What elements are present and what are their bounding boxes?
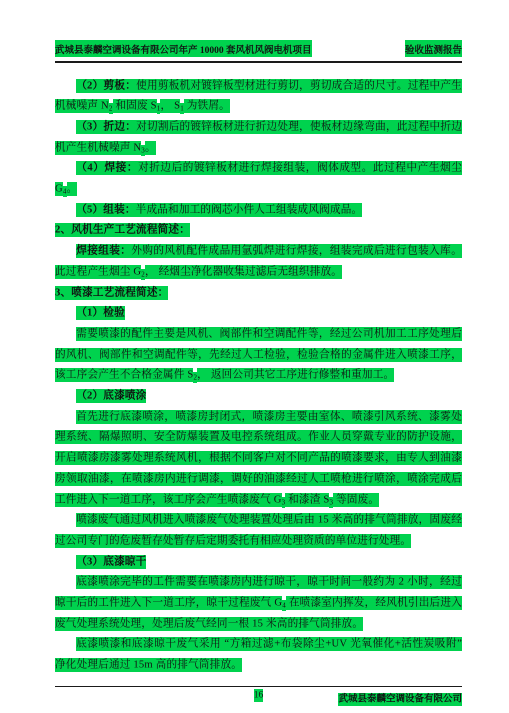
subsection-heading: （2）底漆喷涂 (55, 387, 462, 408)
body-paragraph: 底漆喷漆和底漆晾干废气采用 “方箱过滤+布袋除尘+UV 光氧催化+活性炭吸附” … (55, 635, 462, 676)
body-paragraph: （3）折边：对切割后的镀锌板材进行折边处理，使板材边缘弯曲，此过程中折边机产生机… (55, 117, 462, 158)
subsection-heading: （1）检验 (55, 304, 462, 325)
header-report-title: 验收监测报告 (405, 40, 462, 57)
report-page: 武城县泰麟空调设备有限公司年产 10000 套风机风阀电机项目 验收监测报告 （… (0, 0, 509, 713)
body-paragraph: （5）组装：半成品和加工的阀芯小件人工组装成风阀成品。 (55, 200, 462, 221)
section-heading: 2、风机生产工艺流程简述： (55, 221, 462, 242)
body-paragraph: （2）剪板：使用剪板机对镀锌板型材进行剪切，剪切成合适的尺寸。过程中产生机械噪声… (55, 76, 462, 117)
body-paragraph: 需要喷漆的配件主要是风机、阀部件和空调配件等，经过公司机加工工序处理后的风机、阀… (55, 324, 462, 386)
body-paragraph: 焊接组装：外购的风机配件成品用氩弧焊进行焊接，组装完成后进行包装入库。此过程产生… (55, 242, 462, 283)
document-body: （2）剪板：使用剪板机对镀锌板型材进行剪切，剪切成合适的尺寸。过程中产生机械噪声… (55, 76, 462, 676)
section-heading: 3、喷漆工艺流程简述： (55, 283, 462, 304)
body-paragraph: 首先进行底漆喷涂，喷漆房封闭式，喷漆房主要由室体、喷漆引风系统、漆雾处理系统、隔… (55, 407, 462, 511)
page-header: 武城县泰麟空调设备有限公司年产 10000 套风机风阀电机项目 验收监测报告 (55, 40, 462, 63)
body-paragraph: 喷漆废气通过风机进入喷漆废气处理装置处理后由 15 米高的排气筒排放，固废经过公… (55, 511, 462, 552)
footer-company-name: 武城县泰麟空调设备有限公司 (338, 690, 462, 704)
body-paragraph: （4）焊接：对折边后的镀锌板材进行焊接组装，阀体成型。此过程中产生烟尘 G4。 (55, 159, 462, 200)
page-footer: 16 武城县泰麟空调设备有限公司 (55, 686, 462, 703)
header-project-title: 武城县泰麟空调设备有限公司年产 10000 套风机风阀电机项目 (55, 40, 312, 57)
body-paragraph: 底漆喷涂完毕的工件需要在喷漆房内进行晾干，晾干时间一般约为 2 小时，经过晾干后… (55, 573, 462, 635)
subsection-heading: （3）底漆晾干 (55, 552, 462, 573)
